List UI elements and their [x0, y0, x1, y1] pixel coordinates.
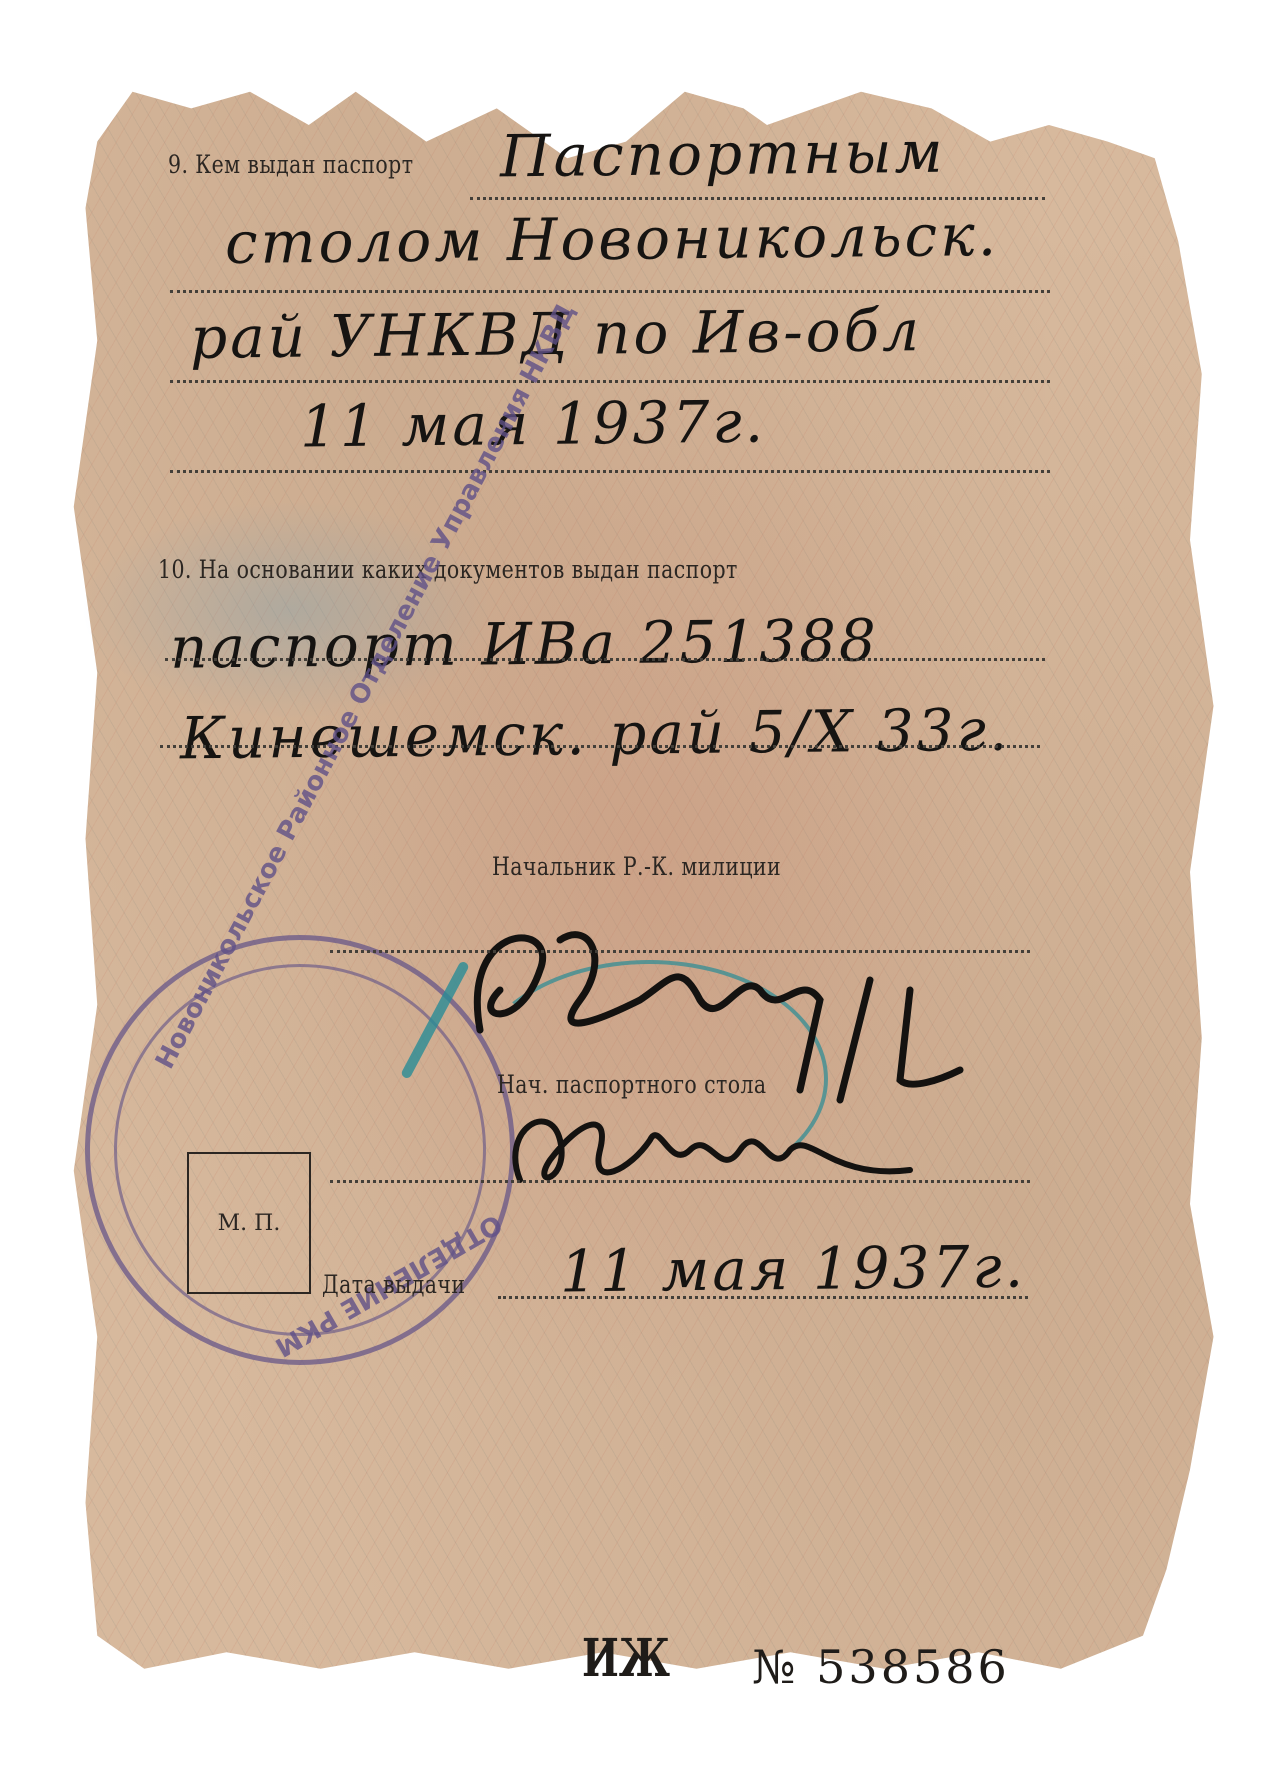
dotted-line: [330, 1180, 1030, 1183]
dotted-line: [160, 745, 1040, 748]
seal-place-label: М. П.: [218, 1211, 281, 1236]
issue-date-label: Дата выдачи: [322, 1270, 465, 1299]
dotted-line: [170, 470, 1050, 473]
issue-date-value: 11 мая 1937г.: [560, 1233, 1027, 1306]
number-sign: №: [752, 1640, 799, 1694]
dotted-line: [170, 290, 1050, 293]
section-9-label: 9. Кем выдан паспорт: [168, 150, 413, 179]
dotted-line: [165, 658, 1045, 661]
dotted-line: [470, 197, 1045, 200]
passport-series: ИЖ: [582, 1628, 670, 1689]
number-value: 538586: [816, 1640, 1010, 1694]
section-9-line-1: Паспортным: [500, 118, 946, 191]
dotted-line: [170, 380, 1050, 383]
seal-place-box: М. П.: [187, 1152, 311, 1294]
section-10-line-2: Кинешемск. рай 5/X 33г.: [180, 696, 1011, 773]
police-chief-label: Начальник Р.-К. милиции: [492, 852, 781, 881]
section-10-line-1: паспорт ИВа 251388: [170, 606, 880, 681]
passport-number: № 538586: [752, 1640, 1010, 1694]
dotted-line: [498, 1296, 1028, 1299]
passport-desk-signature: [490, 1090, 920, 1200]
dotted-line: [330, 950, 1030, 953]
section-9-line-2: столом Новоникольск.: [225, 201, 1000, 277]
